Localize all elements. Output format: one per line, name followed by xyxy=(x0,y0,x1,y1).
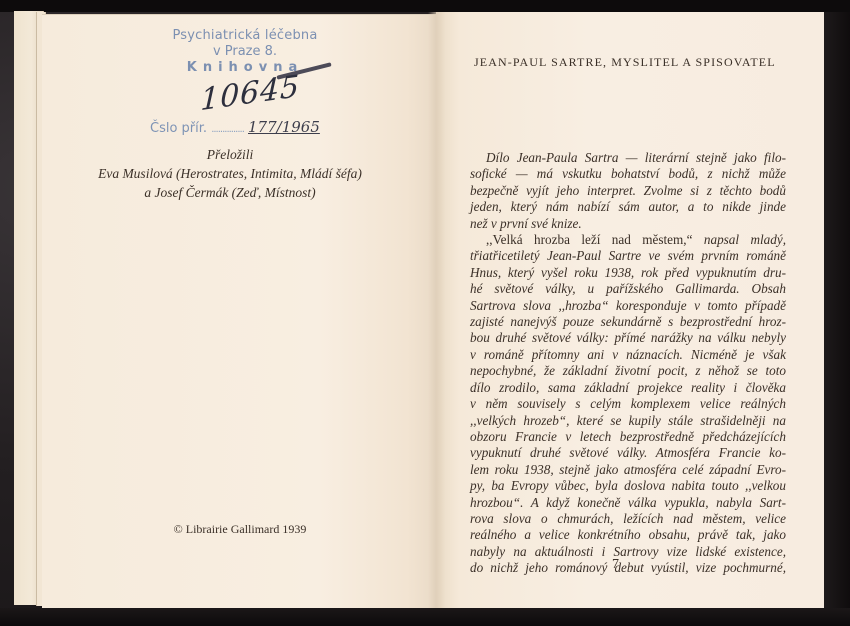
text-line: obzoru Francie v letech bezprostředně př… xyxy=(470,429,786,445)
text-line: sofické — má vskutku bohatství bodů, z n… xyxy=(470,166,786,182)
translators-heading: Přeložili xyxy=(60,145,400,164)
top-shadow xyxy=(0,0,850,12)
text-line: v něm souvisely s celým komplexem velice… xyxy=(470,396,786,412)
book-gutter xyxy=(428,12,446,612)
stamp-accession-line: Čslo přír. ............... 177/1965 xyxy=(150,118,350,136)
text-line: do nichž jeho románový debut vyústil, vi… xyxy=(470,560,786,576)
text-line: hé světové války, u pařížského Gallimard… xyxy=(470,281,786,297)
text-line: než v první své knize. xyxy=(470,216,786,232)
text-line: bezpečně vyjít jeho interpret. Zvolme si… xyxy=(470,183,786,199)
text-line: bou druhé světové války: přímé narážky n… xyxy=(470,330,786,346)
accession-value: 177/1965 xyxy=(248,118,320,136)
text-line: vypuknutí druhé světové války. Atmosféra… xyxy=(470,445,786,461)
right-shadow xyxy=(824,12,850,626)
text-line: Hnus, který vyšel roku 1938, rok před vy… xyxy=(470,265,786,281)
copyright-notice: © Librairie Gallimard 1939 xyxy=(150,522,330,537)
page-number: 7 xyxy=(612,557,619,573)
text-line: lem roku 1938, stejně jako atmosféra cel… xyxy=(470,462,786,478)
text-line: hrozbou“. A když konečně válka vypukla, … xyxy=(470,495,786,511)
bottom-shadow xyxy=(0,608,850,626)
running-head: JEAN-PAUL SARTRE, MYSLITEL A SPISOVATEL xyxy=(474,55,794,70)
accession-label: Čslo přír. xyxy=(150,121,207,136)
body-text: Dílo Jean-Paula Sartra — literární stejn… xyxy=(470,150,786,577)
translators-line-1: Eva Musilová (Herostrates, Intimita, Mlá… xyxy=(60,164,400,183)
accession-dots: ............... xyxy=(211,124,244,135)
text-line: rova slova o chmurách, ležících nad měst… xyxy=(470,511,786,527)
text-fragment: napsal mladý, xyxy=(692,232,786,247)
translators-line-2: a Josef Čermák (Zeď, Místnost) xyxy=(60,183,400,202)
library-stamp: Psychiatrická léčebna v Praze 8. Knihovn… xyxy=(150,28,340,75)
stamp-institution: Psychiatrická léčebna xyxy=(150,28,340,43)
text-line: ,,Velká hrozba leží nad městem,“ napsal … xyxy=(470,232,786,248)
text-line: Sartrova slova ,,hrozba“ koresponduje v … xyxy=(470,298,786,314)
text-line: dílo zrodilo, sama základní projekce rea… xyxy=(470,380,786,396)
text-line: jeden, který nám nabízí sám autor, a to … xyxy=(470,199,786,215)
translator-credits: Přeložili Eva Musilová (Herostrates, Int… xyxy=(60,145,400,202)
text-line: ,,velkých hrozeb“, které se kupily stále… xyxy=(470,413,786,429)
text-line: v románě přítomny ani v náznacích. Nicmé… xyxy=(470,347,786,363)
text-line: nepochybné, že základní životní pocit, z… xyxy=(470,363,786,379)
text-line: Dílo Jean-Paula Sartra — literární stejn… xyxy=(470,150,786,166)
text-line: třiatřicetiletý Jean-Paul Sartre ve svém… xyxy=(470,248,786,264)
quote-upright: ,,Velká hrozba leží nad městem,“ xyxy=(486,232,692,247)
text-line: py, ba Evropy vůbec, byla doslova nabita… xyxy=(470,478,786,494)
text-line: reálného a velice konkrétního obsahu, pr… xyxy=(470,527,786,543)
text-line: zajisté nanejvýš pouze sekundárně s bezp… xyxy=(470,314,786,330)
text-line: nabyly na aktuálnosti i Sartrovy vize li… xyxy=(470,544,786,560)
stamp-location: v Praze 8. xyxy=(150,44,340,59)
